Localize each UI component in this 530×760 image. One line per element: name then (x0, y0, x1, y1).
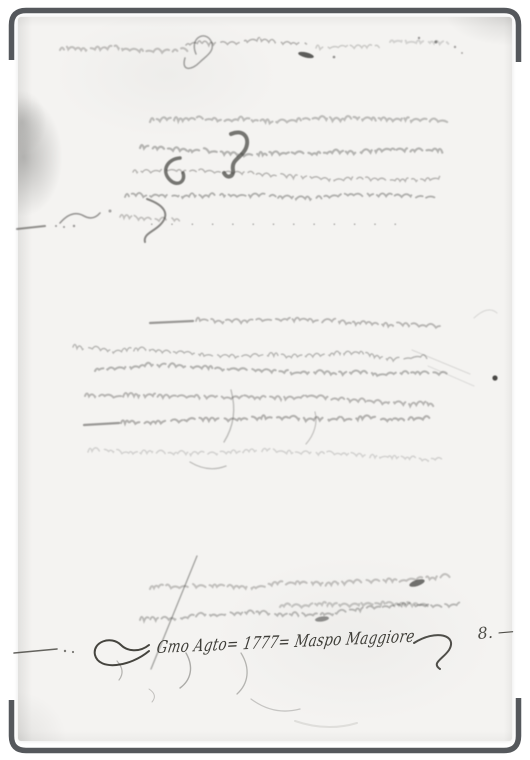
manuscript-page (18, 17, 512, 741)
scan-canvas: . . . . . . . . . . . . . (0, 0, 530, 760)
